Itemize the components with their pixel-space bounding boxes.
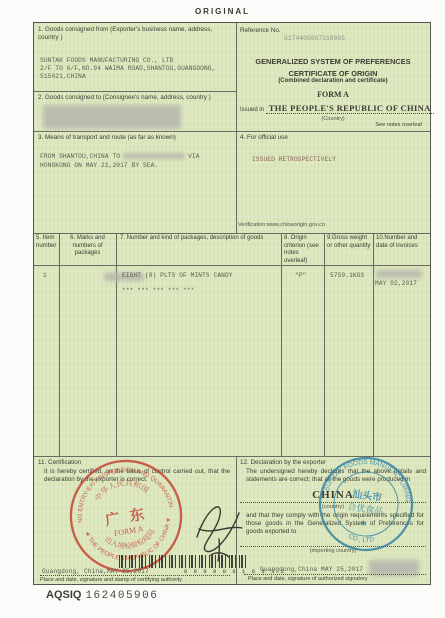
box3-label: 3. Means of transport and route (as far … — [38, 134, 228, 142]
box2-label: 2. Goods consigned to (Consignee's name,… — [38, 94, 234, 102]
exporter-address-2: 515021,CHINA — [40, 73, 86, 81]
divider-box1-box2 — [34, 91, 236, 92]
reference-number: G174405007310005 — [284, 35, 345, 43]
document-type-label: ORIGINAL — [0, 7, 445, 16]
certificate-body: 1. Goods consigned from (Exporter's busi… — [33, 22, 431, 585]
divider-row2 — [34, 131, 430, 132]
exporter-place-date: Guangdong,China MAY 25,2017 — [260, 566, 363, 574]
box4-label: 4. For official use — [240, 134, 288, 142]
aqsiq-number: 162405906 — [85, 590, 158, 602]
gsp-title: GENERALIZED SYSTEM OF PREFERENCES — [237, 57, 429, 66]
issued-retrospectively-stamp: ISSUED RETROSPECTIVELY — [252, 156, 336, 164]
col-header-origin: 8. Origin criterion (see notes overleaf) — [284, 235, 322, 265]
redacted-invoice-number — [376, 270, 422, 278]
combined-declaration-subtitle: (Combined declaration and certificate) — [237, 78, 429, 84]
blue-stamp-ring-bottom-text: CO., LTD — [347, 533, 376, 546]
certificate-title: CERTIFICATE OF ORIGIN — [237, 69, 429, 78]
blue-company-stamp: SUNTAK FOODS MANUFACTURING CO., LTD 汕头市 … — [310, 448, 423, 561]
issued-in-label: Issued in — [240, 107, 264, 113]
row-description-stars: *** *** *** *** *** — [122, 287, 194, 295]
transport-route-line2: HONGKONG ON MAY 21,2017 BY SEA. — [40, 162, 158, 170]
col-header-marks: 6. Marks and numbers of packages — [62, 235, 113, 258]
col-header-item: 5. Item number — [36, 235, 57, 250]
blue-stamp-star-icon: ★ — [359, 518, 367, 528]
table-col-line-4 — [324, 233, 325, 456]
transport-via: VIA — [188, 153, 199, 160]
row-gross-weight: 5759.1KGS — [330, 272, 364, 280]
table-col-line-2 — [116, 233, 117, 456]
table-col-line-5 — [373, 233, 374, 456]
redacted-consignee — [43, 105, 181, 129]
verification-url: Verification:www.chinaorigin.gov.cn — [238, 222, 325, 229]
divider-table-top — [34, 233, 430, 234]
box1-label: 1. Goods consigned from (Exporter's busi… — [38, 26, 230, 42]
svg-text:CO., LTD: CO., LTD — [347, 533, 376, 546]
col-header-description: 7. Number and kind of packages, descript… — [120, 235, 279, 243]
row-invoice-date: MAY 02,2017 — [375, 280, 417, 288]
row-origin-criterion: "P" — [295, 272, 306, 280]
form-a-label: FORM A — [237, 90, 429, 99]
table-col-line-3 — [281, 233, 282, 456]
aqsiq-label: AQSIQ — [46, 589, 81, 601]
row-description: EIGHT (8) PLTS OF MINTS CANDY — [122, 272, 233, 280]
col-header-invoices: 10.Number and date of invoices — [376, 235, 428, 250]
col-header-weight: 9.Gross weight or other quantity — [327, 235, 371, 250]
blue-stamp-city-text: 汕头市 — [351, 487, 383, 504]
table-col-line-1 — [59, 233, 60, 456]
divider-vertical-top — [236, 23, 237, 233]
handwritten-signature — [189, 495, 249, 568]
see-notes-overleaf: See notes overleaf — [375, 122, 422, 129]
box12-label: 12. Declaration by the exporter — [240, 459, 326, 467]
certifying-place-date: Guangdong, China,MAY 25,2017 — [42, 568, 149, 576]
certifying-caption: Place and date, signature and stamp of c… — [40, 577, 236, 584]
transport-route-line1: FROM SHANTOU,CHINA TOVIA — [40, 153, 200, 161]
transport-from: FROM SHANTOU,CHINA TO — [40, 153, 120, 160]
signatory-caption: Place and date, signature of authorized … — [248, 576, 428, 583]
issued-in-country: THE PEOPLE'S REPUBLIC OF CHINA — [266, 103, 434, 114]
divider-table-header — [34, 265, 430, 266]
issued-in-row: Issued in THE PEOPLE'S REPUBLIC OF CHINA — [240, 103, 426, 113]
row-item-number: 1 — [43, 272, 47, 280]
reference-label: Reference No. — [240, 27, 281, 35]
redacted-destination — [123, 153, 185, 159]
aqsiq-serial: AQSIQ162405906 — [46, 589, 158, 602]
